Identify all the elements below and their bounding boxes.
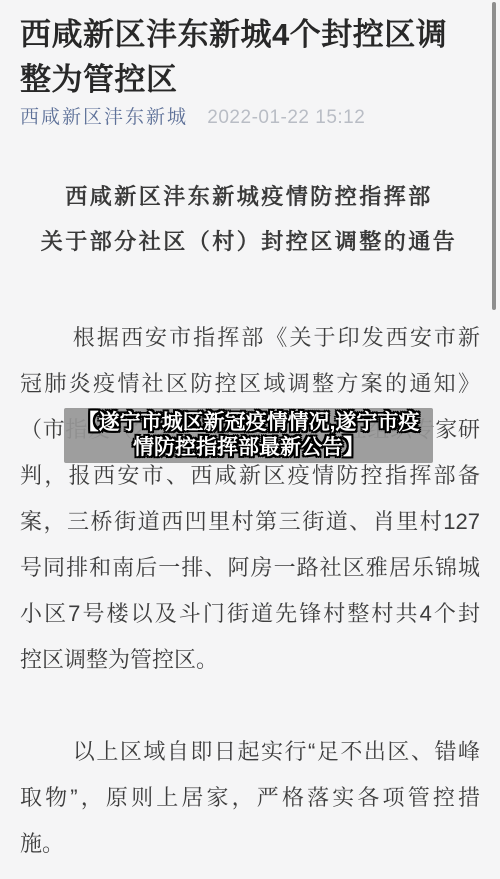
body-line: 案，三桥街道西凹里村第三街道、肖里村127 [20,499,480,545]
timestamp: 2022-01-22 15:12 [207,107,365,128]
body-line: 根据西安市指挥部《关于印发西安市新 [20,315,480,361]
body-line: 以上区域自即日起实行“足不出区、错峰 [20,729,480,775]
notice-heading: 西咸新区沣东新城疫情防控指挥部 关于部分社区（村）封控区调整的通告 [20,174,478,264]
article-page: 西咸新区沣东新城4个封控区调整为管控区 西咸新区沣东新城 2022-01-22 … [0,0,500,879]
notice-heading-line1: 西咸新区沣东新城疫情防控指挥部 [20,174,478,219]
article-meta: 西咸新区沣东新城 2022-01-22 15:12 [20,104,478,132]
body-line: 号同排和南后一排、阿房一路社区雅居乐锦城 [20,545,480,591]
body-line: 施。 [20,821,480,867]
body-line: 取物”，原则上居家，严格落实各项管控措 [20,775,480,821]
body-line: 控区调整为管控区。 [20,637,480,683]
watermark-text-line2: 情防控指挥部最新公告】 [64,435,433,460]
source-link[interactable]: 西咸新区沣东新城 [20,107,188,128]
scrollbar-thumb[interactable] [492,2,496,310]
body-line: 冠肺炎疫情社区防控区域调整方案的通知》 [20,361,480,407]
article-title: 西咸新区沣东新城4个封控区调整为管控区 [20,12,478,102]
notice-heading-line2: 关于部分社区（村）封控区调整的通告 [20,219,478,264]
watermark-text-line1: 【遂宁市城区新冠疫情情况,遂宁市疫 [64,410,433,435]
article-body: 根据西安市指挥部《关于印发西安市新冠肺炎疫情社区防控区域调整方案的通知》（市指发… [20,315,480,867]
watermark-overlay: 【遂宁市城区新冠疫情情况,遂宁市疫 情防控指挥部最新公告】 [64,408,433,463]
body-line: 小区7号楼以及斗门街道先锋村整村共4个封 [20,591,480,637]
